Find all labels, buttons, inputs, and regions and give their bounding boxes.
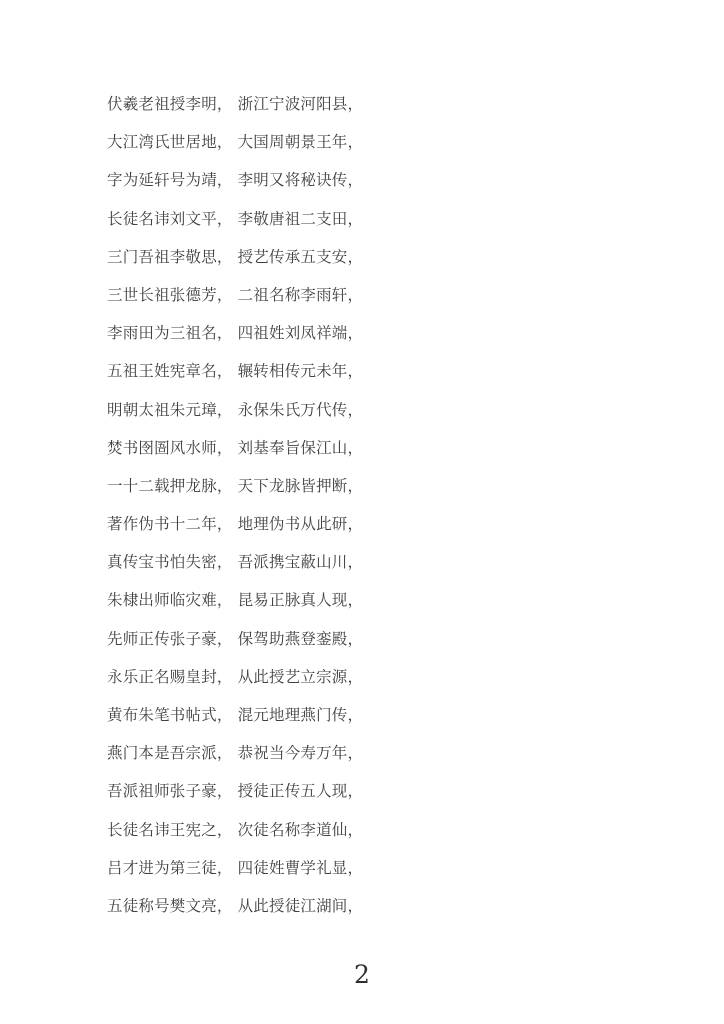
verse-phrase-left: 先师正传张子豪， — [107, 620, 233, 658]
verse-line: 长徒名讳刘文平，李敬唐祖二支田， — [107, 200, 363, 238]
verse-phrase-left: 朱棣出师临灾难， — [107, 581, 233, 619]
verse-line: 真传宝书怕失密，吾派携宝蔽山川， — [107, 543, 363, 581]
verse-line: 朱棣出师临灾难，昆易正脉真人现， — [107, 581, 363, 619]
verse-line: 字为延轩号为靖，李明又将秘诀传， — [107, 161, 363, 199]
verse-phrase-left: 五徒称号樊文亮， — [107, 887, 233, 925]
verse-phrase-right: 恭祝当今寿万年， — [238, 734, 364, 772]
verse-phrase-right: 二祖名称李雨轩， — [238, 276, 364, 314]
verse-phrase-right: 从此授徒江湖间， — [238, 887, 364, 925]
verse-line: 黄布朱笔书帖式，混元地理燕门传， — [107, 696, 363, 734]
verse-phrase-left: 字为延轩号为靖， — [107, 161, 233, 199]
verse-phrase-left: 一十二载押龙脉， — [107, 467, 233, 505]
verse-phrase-right: 从此授艺立宗源， — [238, 658, 364, 696]
verse-phrase-right: 李明又将秘诀传， — [238, 161, 364, 199]
verse-phrase-right: 混元地理燕门传， — [238, 696, 364, 734]
verse-line: 李雨田为三祖名，四祖姓刘凤祥端， — [107, 314, 363, 352]
verse-line: 长徒名讳王宪之，次徒名称李道仙， — [107, 811, 363, 849]
verse-phrase-right: 吾派携宝蔽山川， — [238, 543, 364, 581]
verse-phrase-left: 吾派祖师张子豪， — [107, 772, 233, 810]
verse-line: 五祖王姓宪章名，辗转相传元未年， — [107, 352, 363, 390]
verse-phrase-right: 保驾助燕登銮殿， — [238, 620, 364, 658]
verse-phrase-left: 李雨田为三祖名， — [107, 314, 233, 352]
verse-phrase-right: 四徒姓曹学礼显， — [238, 849, 364, 887]
verse-phrase-left: 焚书囹圄风水师， — [107, 429, 233, 467]
verse-phrase-left: 明朝太祖朱元璋， — [107, 391, 233, 429]
verse-line: 吾派祖师张子豪，授徒正传五人现， — [107, 772, 363, 810]
document-page: 伏羲老祖授李明，浙江宁波河阳县，大江湾氏世居地，大国周朝景王年，字为延轩号为靖，… — [0, 0, 724, 1024]
verse-phrase-right: 刘基奉旨保江山， — [238, 429, 364, 467]
verse-phrase-right: 李敬唐祖二支田， — [238, 200, 364, 238]
verse-line: 五徒称号樊文亮，从此授徒江湖间， — [107, 887, 363, 925]
verse-phrase-right: 地理伪书从此研， — [238, 505, 364, 543]
verse-phrase-right: 大国周朝景王年， — [238, 123, 364, 161]
verse-phrase-left: 长徒名讳刘文平， — [107, 200, 233, 238]
verse-line: 一十二载押龙脉，天下龙脉皆押断， — [107, 467, 363, 505]
page-number: 2 — [0, 960, 724, 989]
verse-phrase-left: 大江湾氏世居地， — [107, 123, 233, 161]
verse-phrase-left: 永乐正名赐皇封， — [107, 658, 233, 696]
verse-line: 永乐正名赐皇封，从此授艺立宗源， — [107, 658, 363, 696]
verse-phrase-left: 真传宝书怕失密， — [107, 543, 233, 581]
verse-phrase-right: 四祖姓刘凤祥端， — [238, 314, 364, 352]
verse-line: 三世长祖张德芳，二祖名称李雨轩， — [107, 276, 363, 314]
verse-phrase-left: 三世长祖张德芳， — [107, 276, 233, 314]
verse-phrase-right: 浙江宁波河阳县， — [238, 85, 364, 123]
verse-phrase-right: 天下龙脉皆押断， — [238, 467, 364, 505]
verse-line: 著作伪书十二年，地理伪书从此研， — [107, 505, 363, 543]
verse-line: 吕才进为第三徒，四徒姓曹学礼显， — [107, 849, 363, 887]
verse-phrase-left: 黄布朱笔书帖式， — [107, 696, 233, 734]
verse-line: 大江湾氏世居地，大国周朝景王年， — [107, 123, 363, 161]
verse-line: 焚书囹圄风水师，刘基奉旨保江山， — [107, 429, 363, 467]
verse-line: 先师正传张子豪，保驾助燕登銮殿， — [107, 620, 363, 658]
verse-phrase-left: 著作伪书十二年， — [107, 505, 233, 543]
verse-phrase-right: 次徒名称李道仙， — [238, 811, 364, 849]
verse-phrase-left: 三门吾祖李敬思， — [107, 238, 233, 276]
verse-phrase-right: 昆易正脉真人现， — [238, 581, 364, 619]
verse-phrase-right: 永保朱氏万代传， — [238, 391, 364, 429]
verse-line: 伏羲老祖授李明，浙江宁波河阳县， — [107, 85, 363, 123]
verse-phrase-right: 授艺传承五支安， — [238, 238, 364, 276]
verse-phrase-left: 伏羲老祖授李明， — [107, 85, 233, 123]
verse-phrase-left: 五祖王姓宪章名， — [107, 352, 233, 390]
verse-phrase-left: 长徒名讳王宪之， — [107, 811, 233, 849]
verse-line: 明朝太祖朱元璋，永保朱氏万代传， — [107, 391, 363, 429]
verse-phrase-left: 吕才进为第三徒， — [107, 849, 233, 887]
verse-text: 伏羲老祖授李明，浙江宁波河阳县，大江湾氏世居地，大国周朝景王年，字为延轩号为靖，… — [107, 85, 363, 925]
verse-phrase-left: 燕门本是吾宗派， — [107, 734, 233, 772]
verse-phrase-right: 授徒正传五人现， — [238, 772, 364, 810]
verse-phrase-right: 辗转相传元未年， — [238, 352, 364, 390]
verse-line: 三门吾祖李敬思，授艺传承五支安， — [107, 238, 363, 276]
verse-line: 燕门本是吾宗派，恭祝当今寿万年， — [107, 734, 363, 772]
